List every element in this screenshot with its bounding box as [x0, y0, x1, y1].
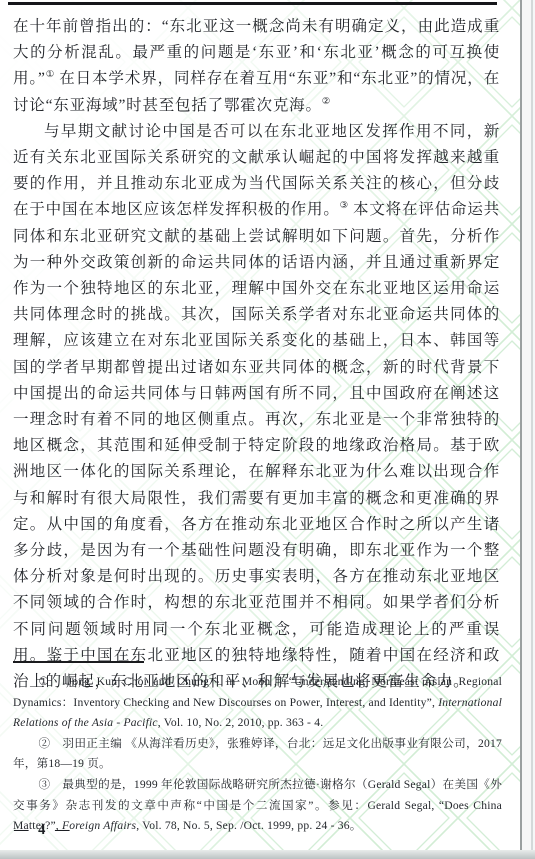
footnote: ② 羽田正主编 《从海洋看历史》，张雅婷译，台北：远足文化出版事业有限公司，20… [13, 734, 502, 775]
scan-right-margin [522, 0, 535, 859]
footnote-reference-mark: ② [322, 95, 331, 106]
text-segment: ② 羽田正主编 《从海洋看历史》，张雅婷译，台北：远足文化出版事业有限公司，20… [13, 737, 502, 771]
text-segment: 本文将在评估命运共同体和东北亚研究文献的基础上尝试解明如下问题。首先，分析作为一… [13, 201, 500, 690]
page-number: — 4 — [14, 822, 73, 839]
text-segment: ① Jong Kun Choi and Chung - in Moon，“Und… [13, 675, 502, 709]
body-paragraph: 在十年前曾指出的：“东北亚这一概念尚未有明确定义，由此造成重大的分析混乱。最严重… [13, 14, 500, 119]
footnotes-block: ① Jong Kun Choi and Chung - in Moon，“Und… [13, 672, 502, 837]
footnote-separator [13, 661, 144, 663]
body-paragraph: 与早期文献讨论中国是否可以在东北亚地区发挥作用不同，新近有关东北亚国际关系研究的… [13, 119, 500, 695]
footnote: ③ 最典型的是，1999 年伦敦国际战略研究所杰拉德·谢格尔（Gerald Se… [13, 775, 502, 837]
page-right-edge-line [520, 0, 522, 859]
scan-bottom-edge [0, 850, 535, 859]
footnote: ① Jong Kun Choi and Chung - in Moon，“Und… [13, 672, 502, 734]
scan-right-edge-line [531, 0, 533, 859]
page-top-rule [8, 2, 497, 5]
article-body: 在十年前曾指出的：“东北亚这一概念尚未有明确定义，由此造成重大的分析混乱。最严重… [13, 14, 500, 695]
footnote-reference-mark: ① [46, 69, 55, 80]
text-segment: , Vol. 78, No. 5, Sep. /Oct. 1999, pp. 2… [136, 819, 361, 832]
text-segment: , Vol. 10, No. 2, 2010, pp. 363 - 4. [158, 716, 324, 729]
text-segment: 在日本学术界，同样存在着互用“东亚”和“东北亚”的情况，在讨论“东亚海域”时甚至… [13, 70, 500, 113]
text-segment: Foreign Affairs [62, 819, 136, 832]
